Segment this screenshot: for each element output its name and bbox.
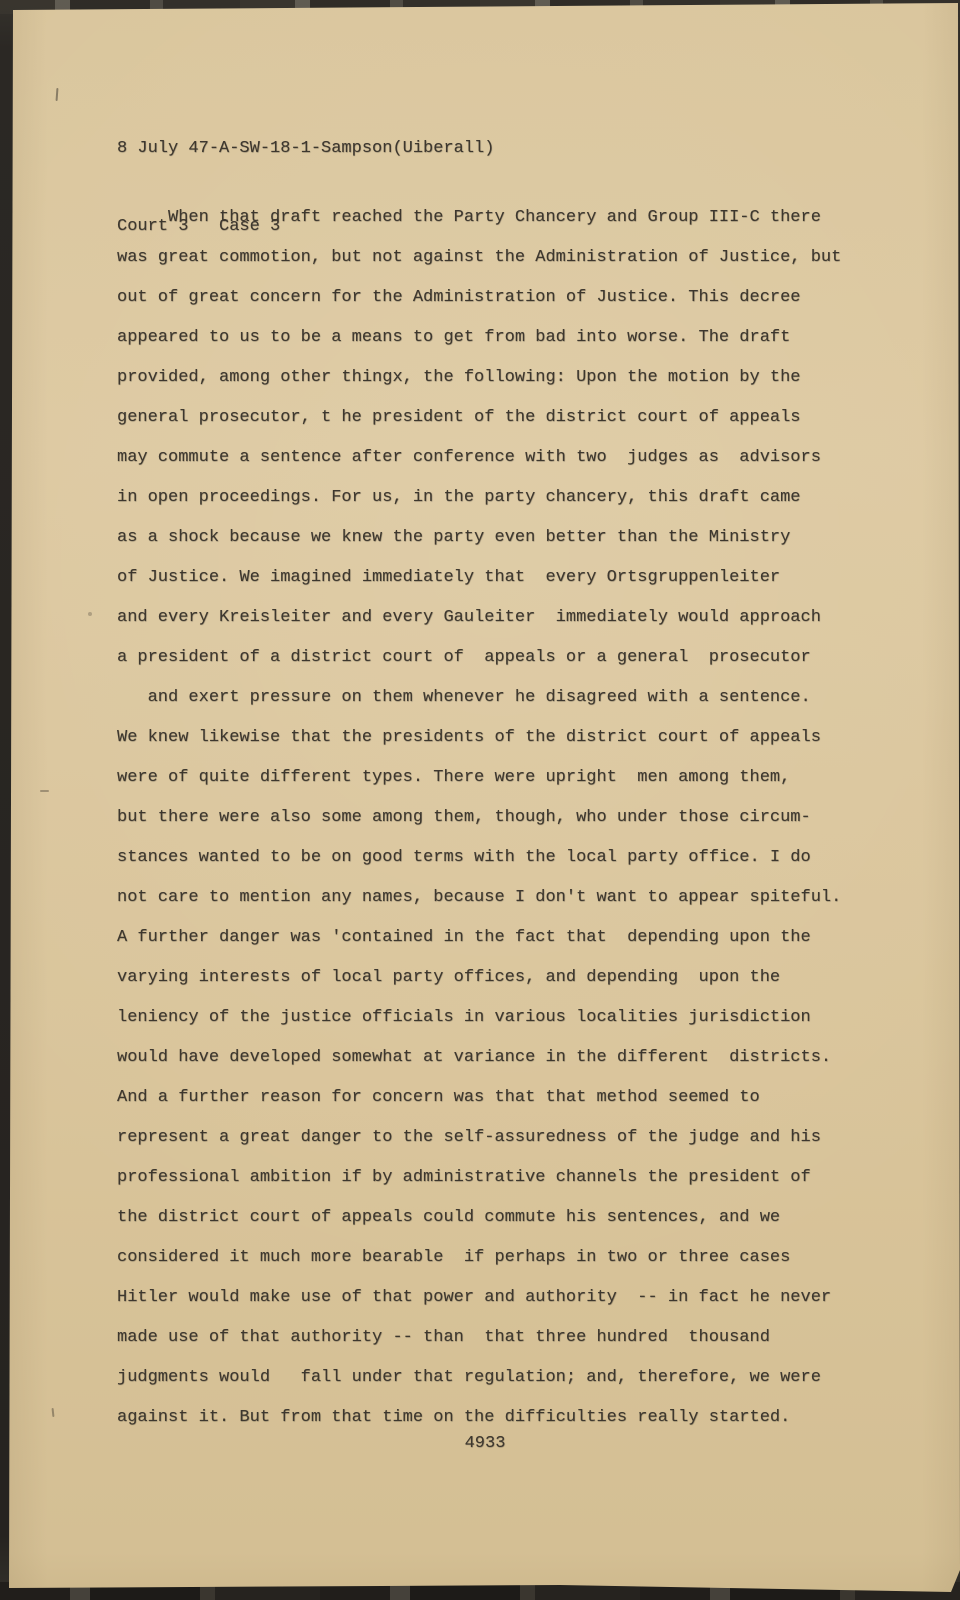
typed-line-30: judgments would fall under that regulati… [117,1358,841,1398]
typed-line-5: provided, among other thingx, the follow… [117,358,841,398]
body-text: When that draft reached the Party Chance… [117,198,841,1438]
document-page: 8 July 47-A-SW-18-1-Sampson(Uiberall) Co… [0,0,960,1600]
ink-speck [40,790,49,792]
typed-line-13: and exert pressure on them whenever he d… [117,678,841,718]
typed-line-25: professional ambition if by administrati… [117,1158,841,1198]
typed-line-1: When that draft reached the Party Chance… [117,198,841,238]
typed-line-19: A further danger was 'contained in the f… [117,918,841,958]
ink-speck [88,612,92,616]
typed-line-24: represent a great danger to the self-ass… [117,1118,841,1158]
typed-line-22: would have developed somewhat at varianc… [117,1038,841,1078]
typed-line-23: And a further reason for concern was tha… [117,1078,841,1118]
typed-line-29: made use of that authority -- than that … [117,1318,841,1358]
typed-line-26: the district court of appeals could comm… [117,1198,841,1238]
typed-line-6: general prosecutor, t he president of th… [117,398,841,438]
typed-line-15: were of quite different types. There wer… [117,758,841,798]
header-line-1: 8 July 47-A-SW-18-1-Sampson(Uiberall) [117,136,494,162]
typed-line-18: not care to mention any names, because I… [117,878,841,918]
typed-line-10: of Justice. We imagined immediately that… [117,558,841,598]
typed-line-9: as a shock because we knew the party eve… [117,518,841,558]
typed-line-28: Hitler would make use of that power and … [117,1278,841,1318]
ink-speck [56,88,59,101]
typed-line-21: leniency of the justice officials in var… [117,998,841,1038]
typed-line-14: We knew likewise that the presidents of … [117,718,841,758]
page-number: 4933 [117,1424,853,1464]
typed-line-4: appeared to us to be a means to get from… [117,318,841,358]
typed-line-8: in open proceedings. For us, in the part… [117,478,841,518]
typed-line-20: varying interests of local party offices… [117,958,841,998]
typed-line-7: may commute a sentence after conference … [117,438,841,478]
typed-line-17: stances wanted to be on good terms with … [117,838,841,878]
typed-line-2: was great commotion, but not against the… [117,238,841,278]
typed-line-3: out of great concern for the Administrat… [117,278,841,318]
typed-line-27: considered it much more bearable if perh… [117,1238,841,1278]
typed-line-11: and every Kreisleiter and every Gauleite… [117,598,841,638]
typed-line-12: a president of a district court of appea… [117,638,841,678]
ink-speck [52,1408,55,1417]
typed-line-16: but there were also some among them, tho… [117,798,841,838]
